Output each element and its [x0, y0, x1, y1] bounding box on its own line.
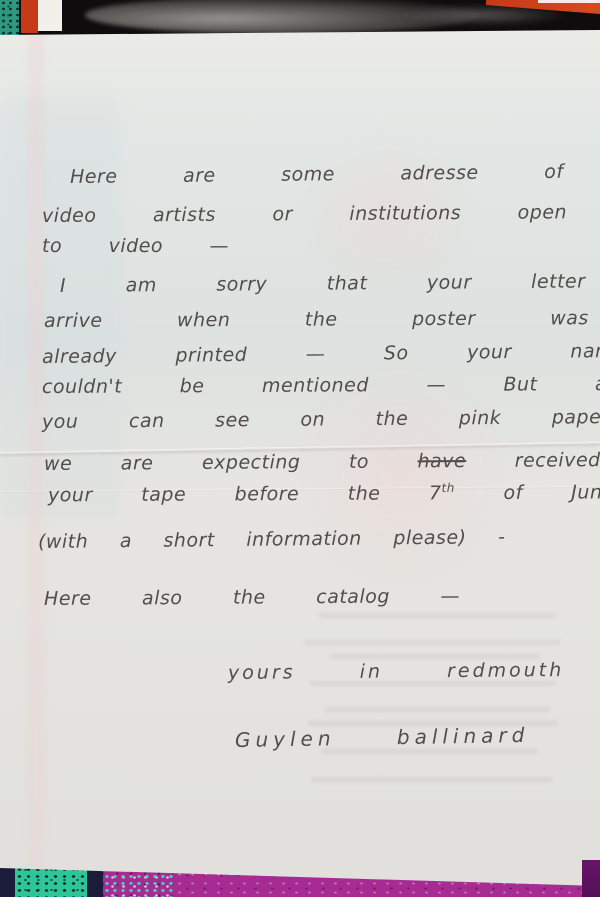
- bottom-right-purple-strip: [582, 860, 600, 897]
- ordinal-suffix: th: [441, 481, 454, 495]
- top-left-white-stripe: [38, 0, 62, 31]
- paper-pink-column-tint: [28, 28, 44, 890]
- signature-line: Guylen ballinard: [235, 723, 530, 752]
- top-left-red-stripe: [21, 0, 38, 33]
- ghost-text-line: [320, 613, 555, 618]
- letter-line-11: (with a short information please) -: [38, 526, 506, 553]
- closing-line: yours in redmouth: [228, 659, 564, 684]
- letter-line-5: arrive when the poster was: [44, 307, 589, 332]
- strikethrough-word: have: [417, 450, 466, 472]
- letter-line-4: I am sorry that your letter: [60, 270, 586, 297]
- letter-paper: Here are some adresse of video artists o…: [0, 28, 600, 890]
- ghost-text-line: [312, 777, 552, 782]
- top-left-teal-print: [0, 0, 19, 36]
- letter-line-7: couldn't be mentioned — But as: [42, 373, 600, 398]
- ghost-text-line: [325, 707, 550, 712]
- letter-line-12: Here also the catalog —: [44, 585, 460, 610]
- photo-frame: Here are some adresse of video artists o…: [0, 0, 600, 897]
- ghost-text-line: [330, 654, 540, 659]
- letter-line-6: already printed — So your name: [42, 340, 600, 368]
- top-right-white-edge: [538, 0, 600, 3]
- letter-line-2: video artists or institutions open: [42, 201, 567, 227]
- ghost-text-line: [305, 640, 560, 645]
- letter-line-10: your tape before the 7th of June.: [48, 480, 600, 506]
- letter-line-3: to video —: [42, 235, 229, 257]
- letter-line-9: we are expecting to have received: [44, 449, 600, 475]
- letter-line-8: you can see on the pink papers,: [42, 406, 600, 433]
- letter-line-1: Here are some adresse of: [70, 161, 564, 188]
